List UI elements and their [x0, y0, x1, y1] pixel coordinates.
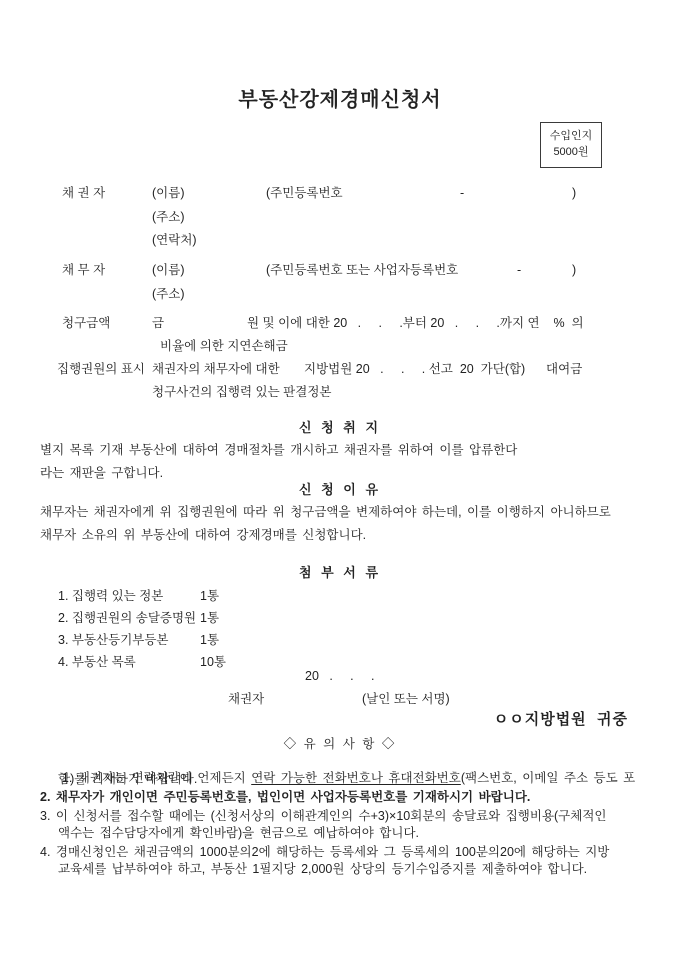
note-item-1-line2: 함)를 기재하기 바랍니다. — [58, 772, 197, 788]
creditor-label: 채 권 자 — [62, 186, 105, 202]
attachment-item: 1. 집행력 있는 정본 1통 — [58, 589, 219, 605]
attachment-count: 10통 — [200, 655, 226, 671]
signer-label: 채권자 — [228, 692, 264, 708]
note-item-3-line2: 액수는 접수담당자에게 확인바람)을 현금으로 예납하여야 합니다. — [58, 826, 419, 842]
notes-heading: ◇ 유 의 사 항 ◇ — [0, 737, 680, 753]
creditor-id-close: ) — [572, 186, 576, 202]
note-item-4-line2: 교육세를 납부하여야 하고, 부동산 1필지당 2,000원 상당의 등기수입증… — [58, 862, 587, 878]
creditor-id-label: (주민등록번호 — [266, 186, 343, 202]
revenue-stamp-label: 수입인지 — [550, 129, 593, 145]
revenue-stamp-amount: 5000원 — [553, 145, 588, 161]
attachment-label: 3. 부동산등기부등본 — [58, 633, 200, 649]
claim-line1: 원 및 이에 대한 20 . . .부터 20 . . .까지 연 % 의 — [247, 316, 584, 332]
addressed-court: ㅇㅇ지방법원 귀중 — [494, 711, 628, 730]
attachments-heading: 첨 부 서 류 — [0, 565, 680, 581]
purpose-line2: 라는 재판을 구합니다. — [40, 466, 163, 482]
revenue-stamp-box: 수입인지 5000원 — [540, 122, 602, 168]
attachment-count: 1통 — [200, 633, 219, 649]
attachment-count: 1통 — [200, 589, 219, 605]
debtor-name-field: (이름) — [152, 263, 184, 279]
note-item-2: 2. 채무자가 개인이면 주민등록번호를, 법인이면 사업자등록번호를 기재하시… — [40, 790, 530, 806]
debtor-id-close: ) — [572, 263, 576, 279]
attachment-label: 2. 집행권원의 송달증명원 — [58, 611, 200, 627]
date-field: 20 . . . — [305, 669, 374, 685]
exec-title-line1: 채권자의 채무자에 대한 지방법원 20 . . . 선고 20 가단(합) 대… — [152, 362, 582, 378]
note-1-post: (팩스번호, 이메일 주소 등도 포 — [461, 771, 635, 785]
exec-title-line2: 청구사건의 집행력 있는 판결정본 — [152, 385, 331, 401]
auction-application-form: 부동산강제경매신청서 수입인지 5000원 채 권 자 (이름) (주민등록번호… — [0, 0, 680, 962]
creditor-address-field: (주소) — [152, 210, 184, 226]
debtor-id-dash: - — [517, 263, 521, 279]
creditor-id-dash: - — [460, 186, 464, 202]
claim-currency: 금 — [152, 316, 164, 332]
claim-amount-label: 청구금액 — [62, 316, 110, 332]
note-item-3-line1: 3. 이 신청서를 접수할 때에는 (신청서상의 이해관계인의 수+3)×10회… — [40, 809, 606, 825]
reason-line2: 채무자 소유의 위 부동산에 대하여 강제경매를 신청합니다. — [40, 528, 366, 544]
note-item-4-line1: 4. 경매신청인은 채권금액의 1000분의2에 해당하는 등록세와 그 등록세… — [40, 845, 609, 861]
creditor-name-field: (이름) — [152, 186, 184, 202]
page-title: 부동산강제경매신청서 — [0, 88, 680, 113]
debtor-label: 채 무 자 — [62, 263, 105, 279]
attachment-count: 1통 — [200, 611, 219, 627]
attachment-item: 2. 집행권원의 송달증명원 1통 — [58, 611, 219, 627]
creditor-contact-field: (연락처) — [152, 233, 197, 249]
note-1-underlined: 연락 가능한 전화번호나 휴대전화번호 — [251, 771, 461, 785]
attachment-item: 3. 부동산등기부등본 1통 — [58, 633, 219, 649]
debtor-address-field: (주소) — [152, 287, 184, 303]
seal-or-signature-label: (날인 또는 서명) — [362, 692, 450, 708]
reason-heading: 신 청 이 유 — [0, 482, 680, 498]
debtor-id-label: (주민등록번호 또는 사업자등록번호 — [266, 263, 458, 279]
attachment-item: 4. 부동산 목록 10통 — [58, 655, 226, 671]
exec-title-label: 집행권원의 표시 — [57, 362, 145, 378]
attachment-label: 1. 집행력 있는 정본 — [58, 589, 200, 605]
purpose-heading: 신 청 취 지 — [0, 420, 680, 436]
claim-line2: 비율에 의한 지연손해금 — [160, 339, 288, 355]
purpose-line1: 별지 목록 기재 부동산에 대하여 경매절차를 개시하고 채권자를 위하여 이를… — [40, 443, 517, 459]
reason-line1: 채무자는 채권자에게 위 집행권원에 따라 위 청구금액을 변제하여야 하는데,… — [40, 505, 611, 521]
attachment-label: 4. 부동산 목록 — [58, 655, 200, 671]
